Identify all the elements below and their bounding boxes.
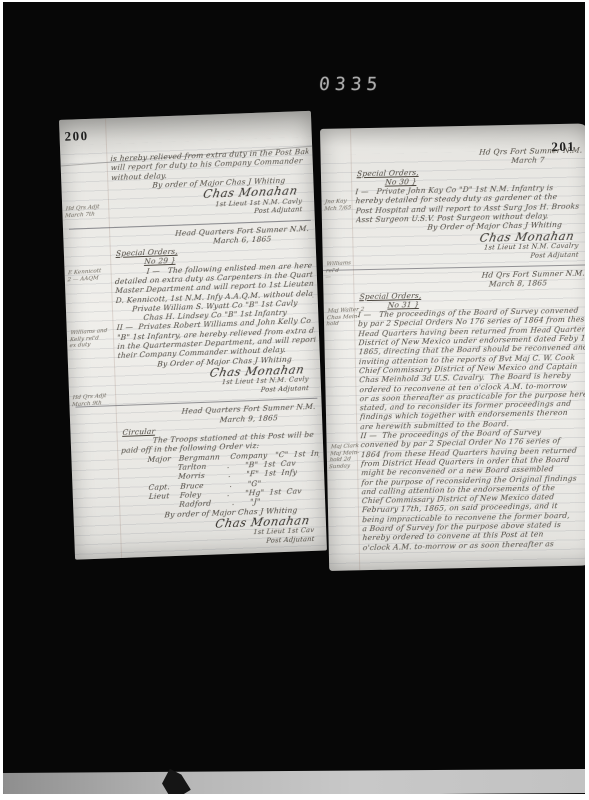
microfilm-frame: 0335 200 Hd Qrs Adjt March 7thE Kennicot… xyxy=(3,2,585,794)
scanner-bed-strip xyxy=(3,769,585,794)
ledger-page-200: 200 Hd Qrs Adjt March 7thE Kennicott 2 —… xyxy=(59,111,327,560)
page-200-text: is hereby relieved from extra duty in th… xyxy=(110,147,322,550)
margin-note: E Kennicott 2 — AAQM xyxy=(67,268,112,284)
margin-note: Hd Qrs Adjt March 7th xyxy=(65,204,110,220)
page-201-text: Hd Qrs Fort Sumner N.M.March 7Special Or… xyxy=(354,145,585,552)
frame-counter: 0335 xyxy=(318,74,383,95)
ledger-page-201: 201 Jno Kay Mch 7/65Williams rel'd —Maj … xyxy=(320,123,585,571)
margin-note: Williams and Kelly rel'd ex duty xyxy=(69,328,115,351)
page-number: 200 xyxy=(64,128,89,145)
margin-notes-201: Jno Kay Mch 7/65Williams rel'd —Maj Walt… xyxy=(320,123,585,129)
